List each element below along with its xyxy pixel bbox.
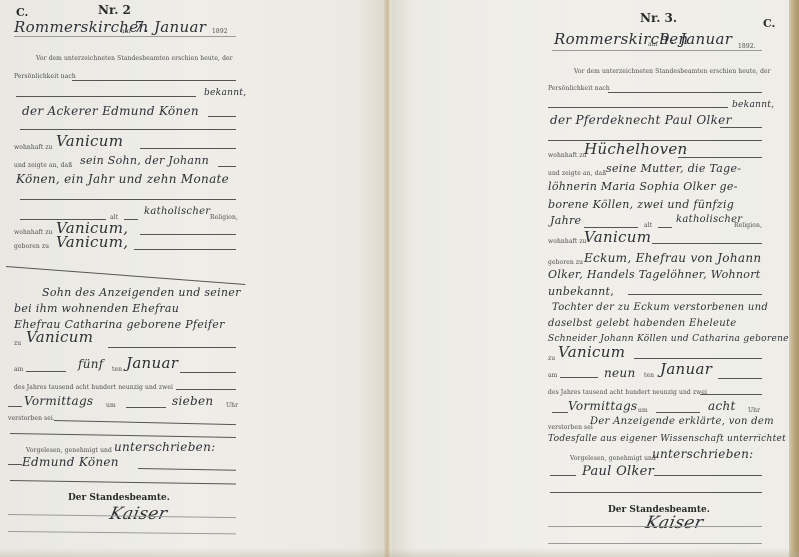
rule: [550, 475, 576, 476]
rule: [140, 148, 236, 149]
parents-line-2: bei ihm wohnenden Ehefrau: [14, 302, 179, 315]
bottom-shadow: [0, 548, 799, 557]
rule: [548, 543, 762, 544]
reported-label: und zeigte an, daß: [14, 162, 72, 169]
rule: [10, 433, 236, 438]
residence-value: Hüchelhoven: [584, 140, 687, 158]
year-text: des Jahres tausend acht hundert neunzig …: [548, 389, 707, 396]
at-place: Vanicum: [558, 343, 625, 361]
hour-label: um: [638, 407, 648, 414]
day-value: neun: [604, 366, 636, 380]
intro-text: Vor dem unterzeichneten Standesbeamten e…: [574, 68, 771, 75]
record-number: Nr. 2: [98, 3, 131, 17]
day-value: fünf: [78, 357, 104, 371]
personality-label: Persönlichkeit nach: [14, 73, 76, 80]
rule: [652, 243, 762, 244]
right-page: Nr. 3. C. Rommerskirchen am 9. Januar 18…: [390, 0, 789, 557]
birthplace-line-3: unbekannt,: [548, 285, 614, 298]
rule: [552, 412, 568, 413]
rule: [180, 372, 236, 373]
rule: [548, 107, 728, 108]
birthplace-label: geboren zu: [548, 259, 583, 266]
informant-name: der Ackerer Edmund Könen: [22, 104, 199, 118]
hour-value: sieben: [172, 394, 213, 408]
rule: [218, 166, 236, 167]
intro-text: Vor dem unterzeichneten Standesbeamten e…: [36, 55, 233, 62]
date-prefix: am: [648, 41, 657, 48]
rule: [108, 347, 236, 348]
rule: [72, 80, 236, 81]
residence-label: wohnhaft zu: [548, 152, 587, 159]
rule: [700, 394, 762, 395]
uhr-label: Uhr: [748, 407, 760, 414]
informant-signature: Paul Olker: [582, 464, 654, 479]
rule: [126, 407, 166, 408]
informant-name: der Pferdeknecht Paul Olker: [550, 113, 732, 127]
reported-label: und zeigte an, daß: [548, 170, 606, 177]
rule: [608, 92, 762, 93]
time-of-day: Vormittags: [568, 399, 637, 413]
date-prefix: am: [121, 28, 130, 35]
rule: [140, 234, 236, 235]
parents-line-2: daselbst gelebt habenden Eheleute: [548, 318, 737, 329]
rule: [718, 378, 762, 379]
time-of-day: Vormittags: [24, 394, 93, 408]
read-value: unterschrieben:: [114, 440, 215, 454]
at-place: Vanicum: [26, 328, 93, 346]
rule: [14, 36, 236, 37]
rule: [552, 50, 762, 51]
rule: [656, 412, 700, 413]
religion-label: Religion,: [210, 214, 238, 221]
register-book-spread: C. Nr. 2 Rommerskirchen am 7. Januar 189…: [0, 0, 799, 557]
rule: [208, 116, 236, 117]
known-label: bekannt,: [732, 100, 774, 110]
died-label: verstorben sei.: [8, 415, 55, 422]
rule: [8, 406, 22, 407]
remark-line-1: Der Anzeigende erklärte, von dem: [590, 416, 774, 427]
deceased-line-2: Könen, ein Jahr und zehn Monate: [16, 172, 229, 186]
dec-residence-label: wohnhaft zu: [14, 229, 53, 236]
birthplace-line-2: Olker, Handels Tagelöhner, Wohnort: [548, 268, 761, 281]
personality-label: Persönlichkeit nach: [548, 85, 610, 92]
date-handwritten: 9. Januar: [660, 30, 732, 48]
rule: [550, 492, 762, 493]
read-label: Vorgelesen, genehmigt und: [26, 447, 112, 454]
deceased-line-1: sein Sohn, der Johann: [80, 154, 209, 167]
dec-residence-label: wohnhaft zu: [548, 238, 587, 245]
remark-line-2: Todesfalle aus eigener Wissenschaft unte…: [548, 434, 799, 444]
birthplace-value: Vanicum,: [56, 233, 128, 251]
rule: [138, 468, 236, 471]
religion-label: Religion,: [734, 222, 762, 229]
parents-line-1: Tochter der zu Eckum verstorbenen und: [552, 302, 768, 313]
birthplace-label: geboren zu: [14, 243, 49, 250]
religion-value: katholischer: [144, 206, 210, 217]
official-signature: Kaiser: [644, 513, 705, 533]
hour-value: acht: [708, 399, 736, 413]
rule: [548, 526, 762, 527]
rule: [10, 480, 236, 485]
at-label: zu: [14, 340, 21, 347]
read-label: Vorgelesen, genehmigt und: [570, 455, 656, 462]
rule: [54, 420, 236, 425]
rule: [8, 464, 22, 465]
deceased-line-3: borene Köllen, zwei und fünfzig: [548, 198, 734, 211]
religion-value: katholischer: [676, 214, 742, 225]
parents-line-1: Sohn des Anzeigenden und seiner: [42, 286, 241, 299]
rule: [658, 227, 672, 228]
at-label: zu: [548, 355, 555, 362]
deceased-line-1: seine Mutter, die Tage-: [606, 162, 741, 175]
hour-label: um: [106, 402, 116, 409]
rule: [16, 96, 196, 97]
residence-value: Vanicum: [56, 132, 123, 150]
strikethrough-rule: [6, 266, 245, 285]
rule: [20, 129, 236, 130]
record-number: Nr. 3.: [640, 11, 677, 25]
birthplace-line-1: Eckum, Ehefrau von Johann: [584, 251, 761, 265]
date-handwritten: 7. Januar: [134, 18, 206, 36]
month-value: Januar: [126, 354, 178, 372]
section-letter: C.: [763, 17, 775, 30]
year-printed: 1892: [212, 28, 228, 35]
rule: [634, 358, 762, 359]
uhr-label: Uhr: [226, 402, 238, 409]
year-printed: 1892.: [738, 43, 756, 50]
page-edge: [789, 0, 799, 557]
rule: [560, 377, 598, 378]
day-label: am: [14, 366, 23, 373]
month-value: Januar: [660, 360, 712, 378]
rule: [678, 157, 762, 158]
rule: [628, 294, 762, 295]
rule: [8, 531, 236, 534]
known-label: bekannt,: [204, 88, 246, 98]
residence-label: wohnhaft zu: [14, 144, 53, 151]
rule: [134, 249, 236, 250]
left-page: C. Nr. 2 Rommerskirchen am 7. Januar 189…: [0, 0, 388, 557]
official-signature: Kaiser: [108, 504, 169, 524]
deceased-line-2: löhnerin Maria Sophia Olker ge-: [548, 180, 738, 193]
informant-signature: Edmund Könen: [22, 455, 119, 469]
died-label: verstorben sei: [548, 424, 593, 431]
rule: [20, 199, 236, 200]
book-gutter: [384, 0, 392, 557]
rule: [176, 389, 236, 390]
rule: [654, 475, 762, 476]
dec-residence-value: Vanicum: [584, 228, 651, 246]
day-suffix: ten: [644, 372, 654, 379]
year-text: des Jahres tausend acht hundert neunzig …: [14, 384, 173, 391]
rule: [720, 127, 762, 128]
deceased-line-4: Jahre: [550, 214, 581, 227]
day-label: am: [548, 372, 557, 379]
day-suffix: ten: [112, 366, 122, 373]
rule: [26, 371, 66, 372]
read-value: unterschrieben:: [652, 447, 753, 461]
official-title: Der Standesbeamte.: [68, 493, 170, 503]
